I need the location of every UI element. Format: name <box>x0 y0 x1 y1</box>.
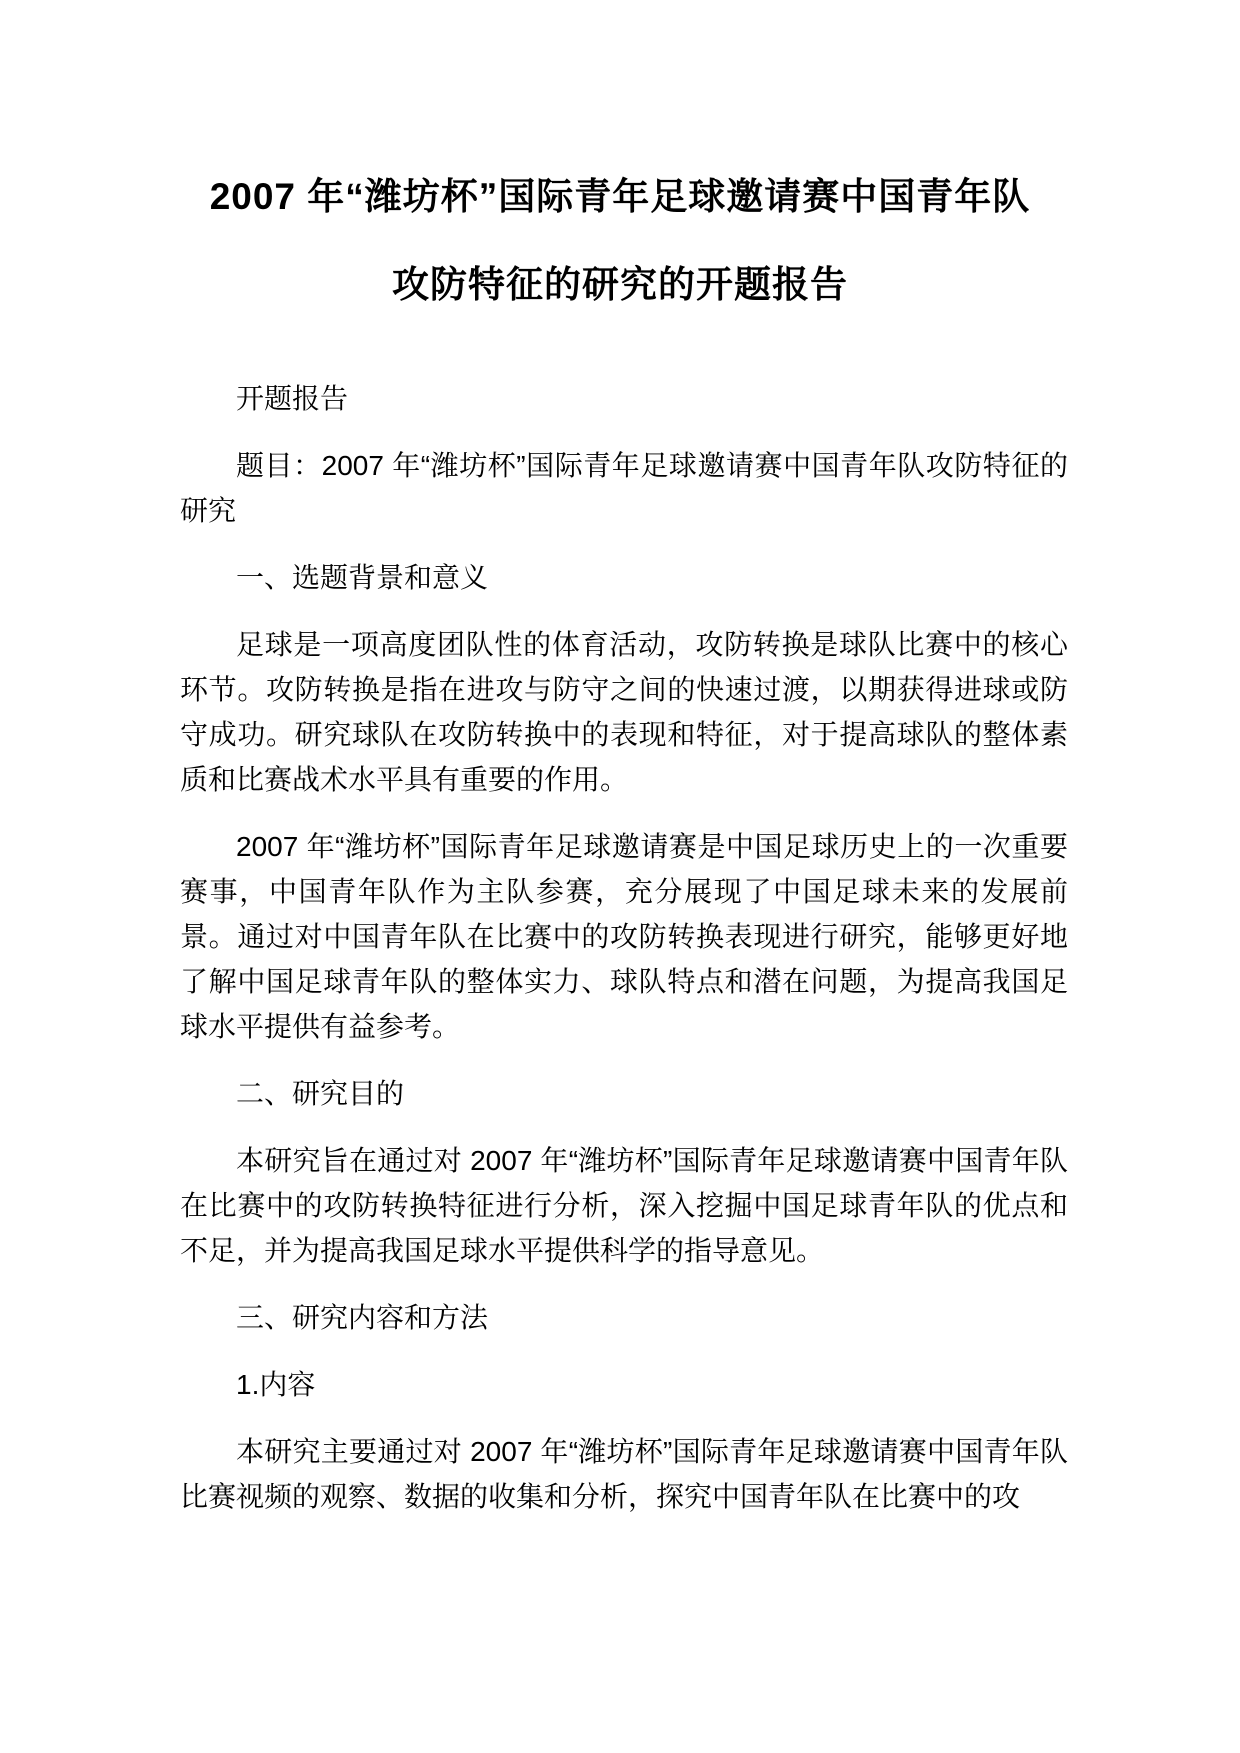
paragraph-purpose: 本研究旨在通过对 2007 年“潍坊杯”国际青年足球邀请赛中国青年队在比赛中的攻… <box>180 1138 1068 1273</box>
paragraph-content-method: 本研究主要通过对 2007 年“潍坊杯”国际青年足球邀请赛中国青年队比赛视频的观… <box>180 1429 1068 1519</box>
paragraph-background-1: 足球是一项高度团队性的体育活动，攻防转换是球队比赛中的核心环节。攻防转换是指在进… <box>180 622 1068 802</box>
subsection-heading-content: 1.内容 <box>180 1362 1068 1407</box>
section-heading-2: 二、研究目的 <box>180 1071 1068 1116</box>
document-title-line-2: 攻防特征的研究的开题报告 <box>100 241 1140 329</box>
paragraph-topic: 题目：2007 年“潍坊杯”国际青年足球邀请赛中国青年队攻防特征的研究 <box>180 443 1068 533</box>
document-title-line-1: 2007 年“潍坊杯”国际青年足球邀请赛中国青年队 <box>100 153 1140 241</box>
section-heading-3: 三、研究内容和方法 <box>180 1295 1068 1340</box>
section-heading-1: 一、选题背景和意义 <box>180 555 1068 600</box>
paragraph-report-label: 开题报告 <box>180 376 1068 421</box>
document-body: 开题报告 题目：2007 年“潍坊杯”国际青年足球邀请赛中国青年队攻防特征的研究… <box>180 376 1068 1519</box>
paragraph-background-2: 2007 年“潍坊杯”国际青年足球邀请赛是中国足球历史上的一次重要赛事，中国青年… <box>180 824 1068 1049</box>
document-title: 2007 年“潍坊杯”国际青年足球邀请赛中国青年队 攻防特征的研究的开题报告 <box>100 153 1140 329</box>
document-page: 2007 年“潍坊杯”国际青年足球邀请赛中国青年队 攻防特征的研究的开题报告 开… <box>0 0 1240 1753</box>
